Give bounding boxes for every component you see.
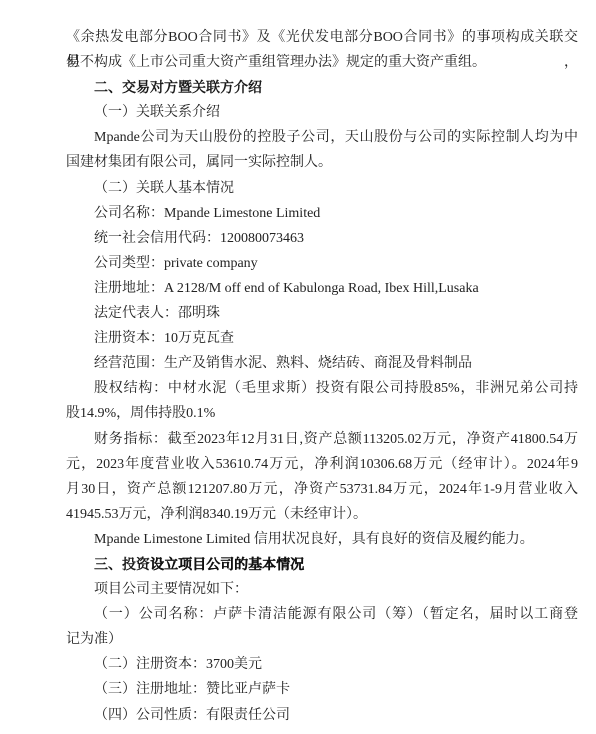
text-segment: 注册资本：10万克瓦查 [94,331,234,346]
text-segment: Mpande Limestone Limited 信用状况良好，具有良好的资信及… [94,532,534,547]
field-line-registered-capital: 注册资本：10万克瓦查 [66,326,578,351]
text-segment: 公司类型：private company [94,256,258,271]
paragraph-line: 国建材集团有限公司，属同一实际控制人。 [66,150,578,175]
subsection-heading: （二）关联人基本情况 [66,176,578,201]
text-segment: （一）关联关系介绍 [94,105,220,120]
list-item-company-name-cont: 记为准） [66,627,578,652]
field-line-equity-structure-cont: 股14.9%，周伟持股0.1% [66,401,578,426]
paragraph-line-financials: 41945.53万元，净利润8340.19万元（未经审计）。 [66,502,578,527]
document-text-block: 《余热发电部分BOO合同书》及《光伏发电部分BOO合同书》的事项构成关联交易，但… [66,25,578,728]
field-line-business-scope: 经营范围：生产及销售水泥、熟料、烧结砖、商混及骨料制品 [66,351,578,376]
text-segment: 股权结构：中材水泥（毛里求斯）投资有限公司持股85%，非洲兄弟公司持 [94,381,578,396]
subsection-heading: （一）关联关系介绍 [66,100,578,125]
field-line-company-name: 公司名称：Mpande Limestone Limited [66,201,578,226]
text-segment: 统一社会信用代码：120080073463 [94,231,304,246]
section-heading-2: 二、交易对方暨关联方介绍 [66,75,578,100]
field-line-registered-address: 注册地址：A 2128/M off end of Kabulonga Road,… [66,276,578,301]
paragraph-line: 项目公司主要情况如下： [66,577,578,602]
text-segment: 元，2023年度营业收入53610.74万元，净利润10306.68万元（经审计… [66,457,578,472]
text-segment: Mpande公司为天山股份的控股子公司，天山股份与公司的实际控制人均为中 [94,130,578,145]
text-segment: 经营范围：生产及销售水泥、熟料、烧结砖、商混及骨料制品 [94,356,472,371]
paragraph-line: Mpande公司为天山股份的控股子公司，天山股份与公司的实际控制人均为中 [66,125,578,150]
text-segment: 股14.9%，周伟持股0.1% [66,406,215,421]
paragraph-line-credit-status: Mpande Limestone Limited 信用状况良好，具有良好的资信及… [66,527,578,552]
text-segment: 三、投资 [94,556,150,572]
text-segment: （四）公司性质：有限责任公司 [94,708,290,723]
text-segment: （一）公司名称：卢萨卡清洁能源有限公司（筹）（暂定名，届时以工商登 [94,607,578,622]
text-segment: 国建材集团有限公司，属同一实际控制人。 [66,155,332,170]
text-segment: 41945.53万元，净利润8340.19万元（未经审计）。 [66,507,367,522]
list-item-company-name: （一）公司名称：卢萨卡清洁能源有限公司（筹）（暂定名，届时以工商登 [66,602,578,627]
text-segment: 财务指标：截至2023年12月31日,资产总额113205.02万元，净资产41… [94,432,578,447]
text-segment: 但不构成《上市公司重大资产重组管理办法》规定的重大资产重组。 [66,55,486,70]
field-line-credit-code: 统一社会信用代码：120080073463 [66,226,578,251]
text-segment: 项目公司主要情况如下： [94,582,248,597]
list-item-company-nature: （四）公司性质：有限责任公司 [66,703,578,728]
text-segment: （三）注册地址：赞比亚卢萨卡 [94,682,290,697]
list-item-registered-address: （三）注册地址：赞比亚卢萨卡 [66,677,578,702]
text-segment: 设立项目公司的基本情况 [150,556,304,572]
paragraph-line-financials: 财务指标：截至2023年12月31日,资产总额113205.02万元，净资产41… [66,427,578,452]
section-heading-3: 三、投资设立项目公司的基本情况 [66,552,578,577]
paragraph-line-financials: 月30日，资产总额121207.80万元，净资产53731.84万元，2024年… [66,477,578,502]
text-segment: （二）关联人基本情况 [94,181,234,196]
paragraph-line-financials: 元，2023年度营业收入53610.74万元，净利润10306.68万元（经审计… [66,452,578,477]
field-line-legal-representative: 法定代表人：邵明珠 [66,301,578,326]
text-segment: 注册地址：A 2128/M off end of Kabulonga Road,… [94,281,479,296]
text-segment: 月30日，资产总额121207.80万元，净资产53731.84万元，2024年… [66,482,578,497]
announcement-document-page: 《余热发电部分BOO合同书》及《光伏发电部分BOO合同书》的事项构成关联交易，但… [0,0,596,734]
text-segment: 记为准） [66,632,122,647]
text-segment: （二）注册资本：3700美元 [94,657,262,672]
text-segment: 二、交易对方暨关联方介绍 [94,79,262,95]
text-segment: 法定代表人：邵明珠 [94,306,220,321]
list-item-registered-capital: （二）注册资本：3700美元 [66,652,578,677]
paragraph-line: 《余热发电部分BOO合同书》及《光伏发电部分BOO合同书》的事项构成关联交易， [66,25,578,50]
text-segment: 公司名称：Mpande Limestone Limited [94,206,320,221]
field-line-company-type: 公司类型：private company [66,251,578,276]
field-line-equity-structure: 股权结构：中材水泥（毛里求斯）投资有限公司持股85%，非洲兄弟公司持 [66,376,578,401]
